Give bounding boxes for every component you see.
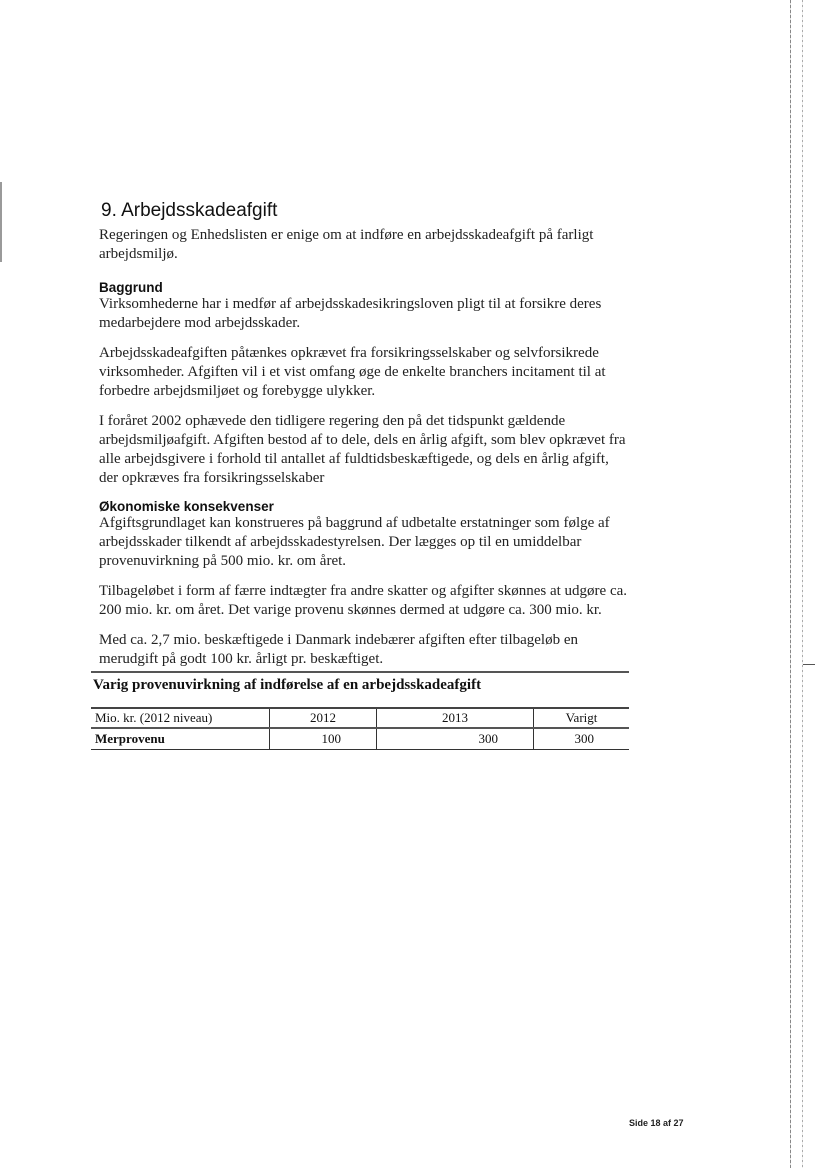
okonomiske-paragraph: Med ca. 2,7 mio. beskæftigede i Danmark … (99, 631, 631, 669)
baggrund-heading: Baggrund (99, 280, 631, 295)
table-cell: 100 (270, 728, 377, 750)
table-cell: 300 (377, 728, 534, 750)
okonomiske-heading: Økonomiske konsekvenser (99, 499, 631, 514)
section-content: 9. Arbejdsskadeafgift Regeringen og Enhe… (91, 200, 631, 680)
baggrund-paragraph: Arbejdsskadeafgiften påtænkes opkrævet f… (99, 344, 631, 401)
baggrund-paragraph: I foråret 2002 ophævede den tidligere re… (99, 412, 631, 488)
table-header-cell: Mio. kr. (2012 niveau) (91, 708, 270, 728)
table-header-cell: 2013 (377, 708, 534, 728)
table-header-row: Mio. kr. (2012 niveau) 2012 2013 Varigt (91, 708, 629, 728)
intro-paragraph: Regeringen og Enhedslisten er enige om a… (99, 226, 631, 264)
okonomiske-paragraph: Afgiftsgrundlaget kan konstrueres på bag… (99, 514, 631, 571)
section-title: 9. Arbejdsskadeafgift (101, 200, 631, 222)
document-page: 9. Arbejdsskadeafgift Regeringen og Enhe… (0, 0, 825, 1168)
table-cell: 300 (534, 728, 630, 750)
table-header-cell: 2012 (270, 708, 377, 728)
table-row: Merprovenu 100 300 300 (91, 728, 629, 750)
scan-artifact-right-2 (802, 0, 803, 1168)
page-number: Side 18 af 27 (629, 1118, 684, 1128)
scan-artifact-left (0, 182, 2, 262)
scan-artifact-right (790, 0, 791, 1168)
table-row-label: Merprovenu (91, 728, 270, 750)
revenue-table: Varig provenuvirkning af indførelse af e… (91, 671, 629, 750)
okonomiske-paragraph: Tilbageløbet i form af færre indtægter f… (99, 582, 631, 620)
revenue-data-table: Mio. kr. (2012 niveau) 2012 2013 Varigt … (91, 707, 629, 750)
table-header-cell: Varigt (534, 708, 630, 728)
table-title: Varig provenuvirkning af indførelse af e… (91, 671, 629, 707)
baggrund-paragraph: Virksomhederne har i medfør af arbejdssk… (99, 295, 631, 333)
scan-artifact-tick (803, 664, 815, 665)
